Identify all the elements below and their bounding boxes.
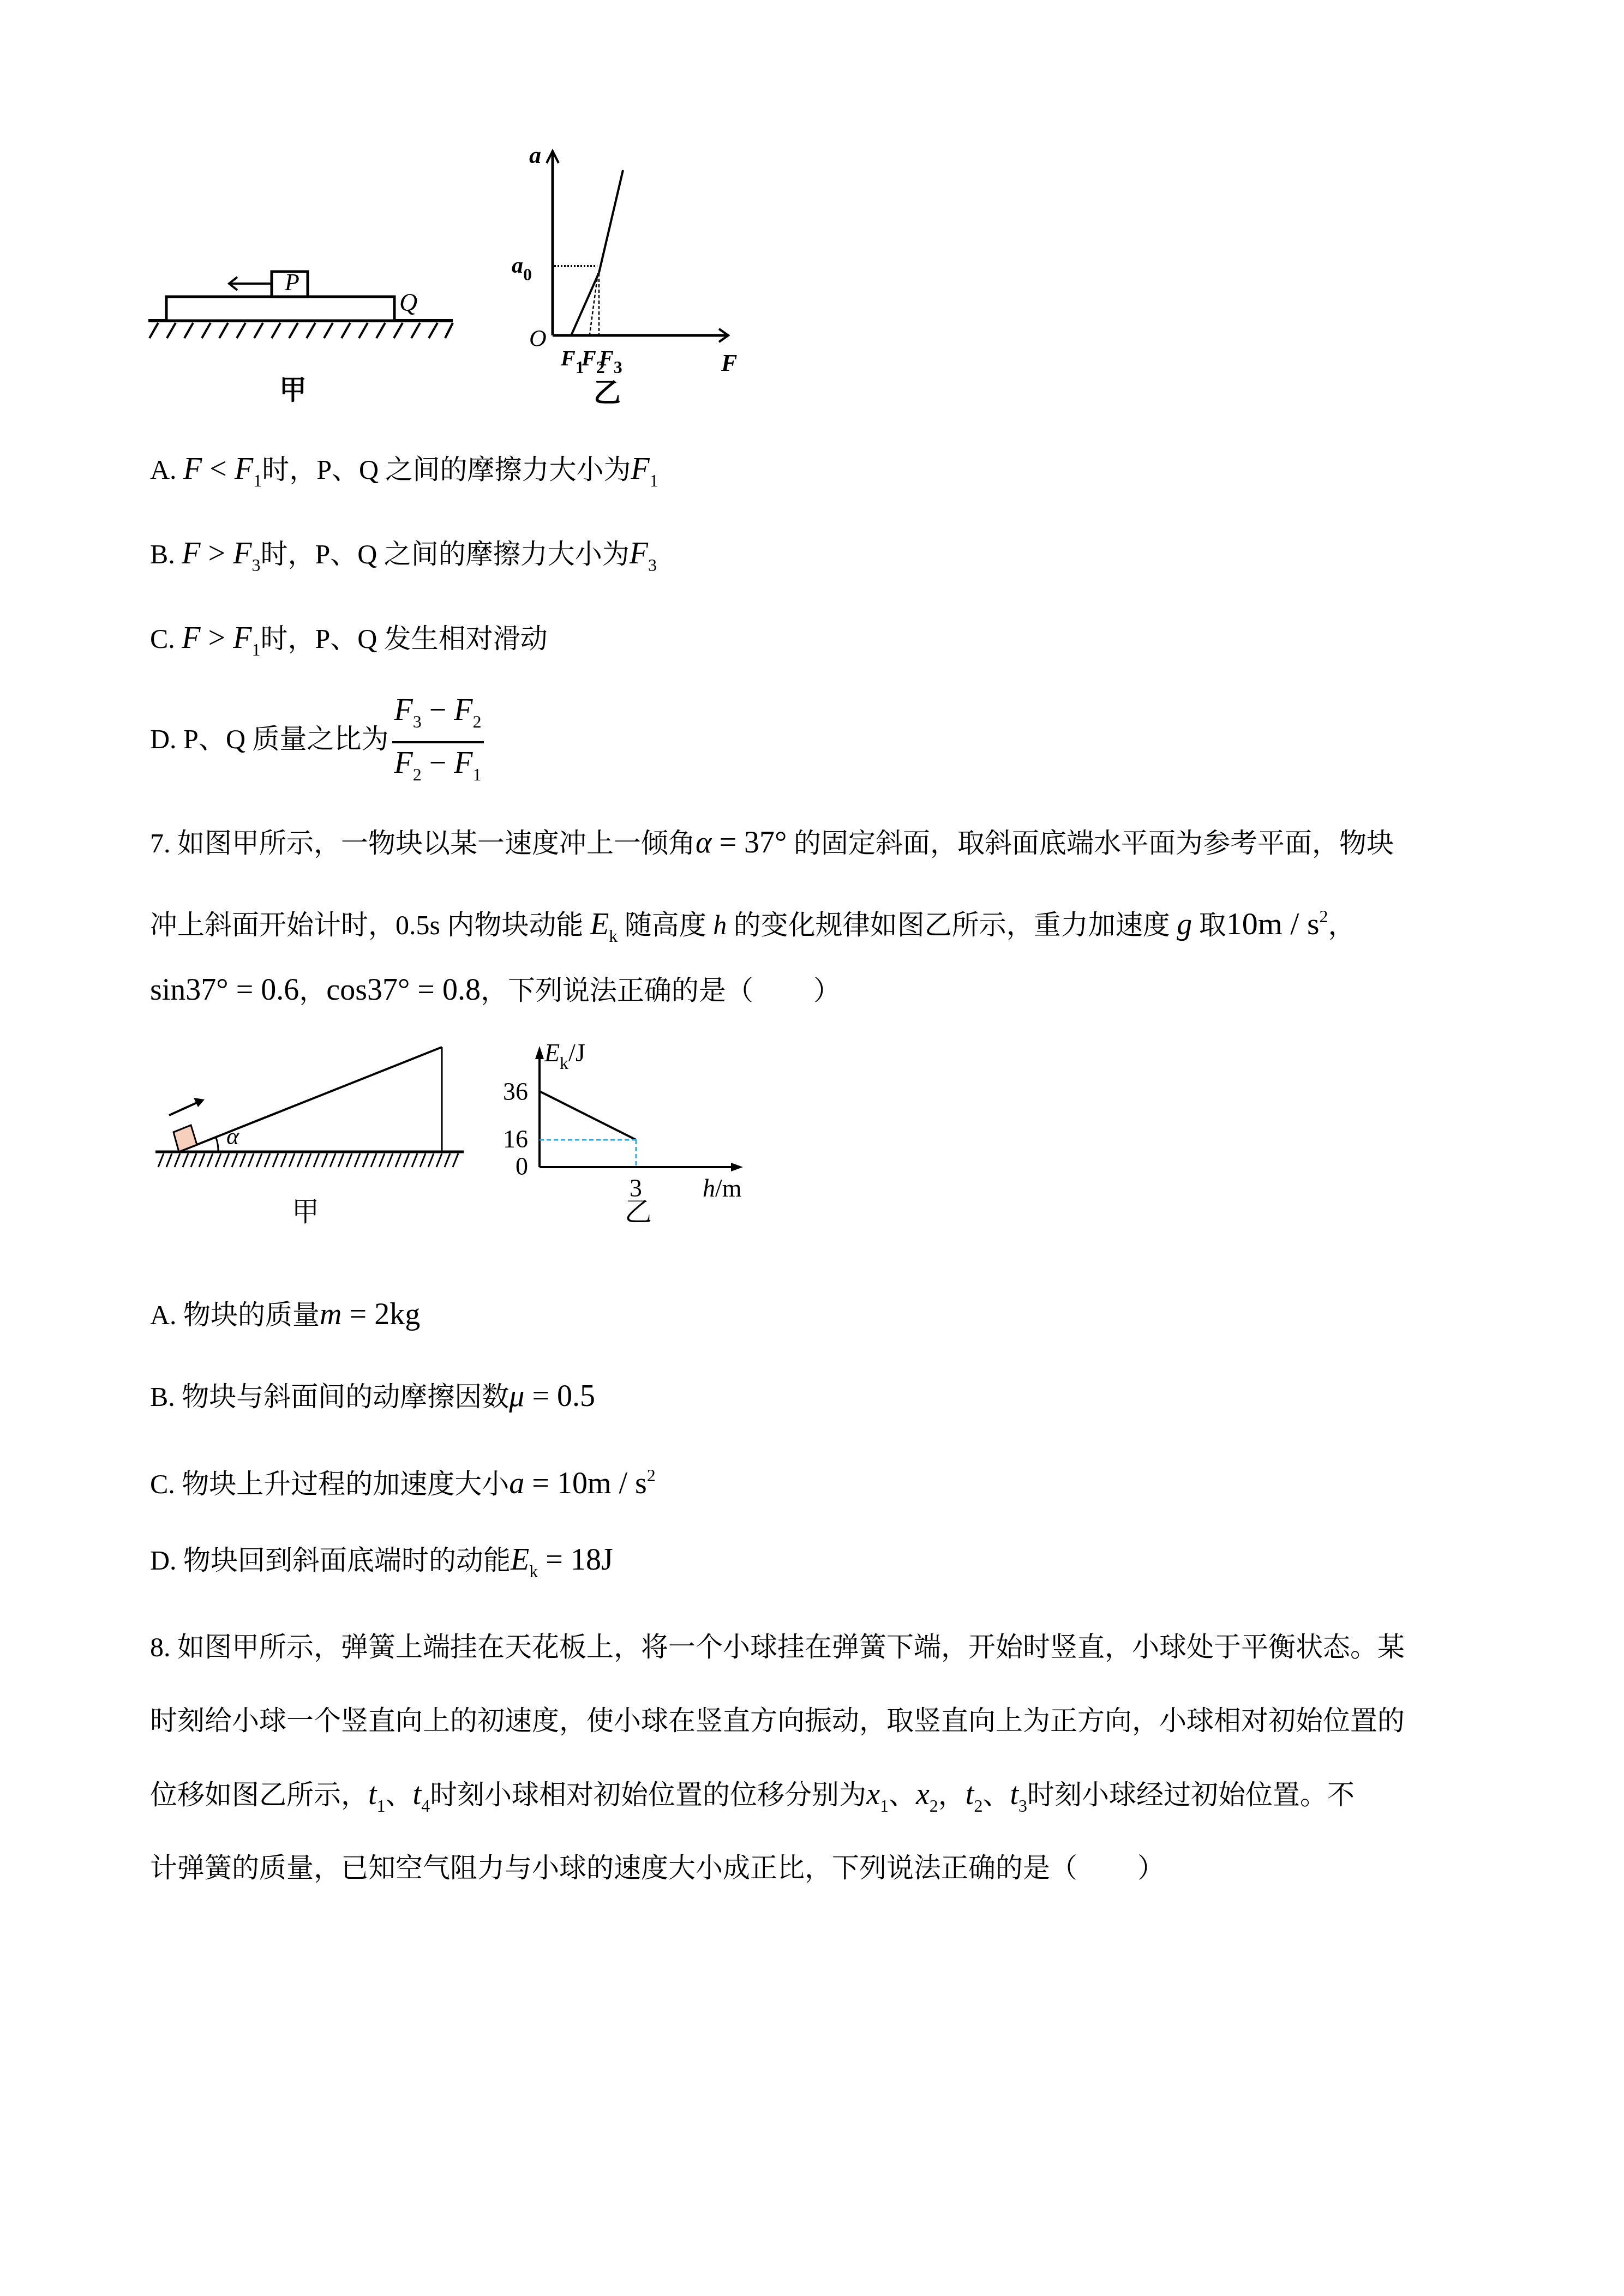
q7-h: h	[713, 910, 727, 940]
q7-option-a-eq: = 2kg	[342, 1297, 421, 1331]
q6-figure-yi-graph: a a0 O F1 F2 F3 F 乙	[507, 139, 791, 395]
y-tick-36: 36	[503, 1077, 528, 1106]
q7-option-d-eq: = 18J	[538, 1543, 613, 1577]
q7-option-a-var: m	[320, 1297, 341, 1331]
num-f3-sub: 3	[413, 712, 422, 731]
q8-comma: ，	[938, 1780, 966, 1810]
q7-sin: sin37° = 0.6	[150, 973, 299, 1007]
block-label-p: P	[285, 268, 299, 296]
q7-alpha: α	[696, 826, 711, 860]
y-axis-label-a: a	[529, 141, 541, 169]
tick-f3-main: F	[599, 346, 614, 370]
q8-t1-sub: 1	[377, 1796, 386, 1816]
q7-stem-line-2: 冲上斜面开始计时，0.5s 内物块动能 Ek 随高度 h 的变化规律如图乙所示，…	[150, 900, 1356, 952]
q8-x2-sub: 2	[930, 1796, 938, 1816]
q7-stem-line-1: 7. 如图甲所示，一物块以某一速度冲上一倾角α = 37° 的固定斜面，取斜面底…	[150, 826, 1394, 860]
q7-g-value: 10m / s	[1226, 906, 1320, 941]
option-c-op: >	[201, 621, 233, 655]
option-a-text: 时，P、Q 之间的摩擦力大小为	[262, 454, 631, 485]
q7-option-a: A. 物块的质量m = 2kg	[150, 1298, 420, 1331]
q7-stem-line-3: sin37° = 0.6，cos37° = 0.8，下列说法正确的是（）	[150, 973, 841, 1007]
option-a-op: <	[202, 452, 235, 486]
figure-caption-yi: 乙	[594, 371, 621, 410]
q7-g: g	[1177, 907, 1192, 941]
den-f2: F	[394, 746, 413, 780]
q7-option-d: D. 物块回到斜面底端时的动能Ek = 18J	[150, 1543, 613, 1588]
q8-t4: t	[413, 1777, 422, 1811]
q8-text-3b: 时刻小球相对初始位置的位移分别为	[430, 1780, 866, 1810]
q6-figure-jia: P Q 甲	[142, 240, 469, 420]
h-var: h	[703, 1174, 715, 1202]
q8-t1: t	[368, 1777, 377, 1811]
den-f2-sub: 2	[413, 765, 422, 784]
q7-option-c-var: a	[509, 1466, 524, 1500]
q7-ek-e: E	[590, 907, 609, 941]
q8-dun-3: 、	[982, 1780, 1010, 1810]
q8-x1: x	[866, 1777, 880, 1811]
option-c-var-f: F	[182, 621, 200, 655]
q7-option-b: B. 物块与斜面间的动摩擦因数μ = 0.5	[150, 1380, 595, 1413]
q8-t3-sub: 3	[1018, 1796, 1027, 1816]
mass-ratio-fraction: F3 − F2F2 − F1	[392, 693, 484, 792]
option-c-sub: 1	[251, 640, 260, 659]
q7-option-d-sub: k	[529, 1561, 538, 1581]
option-c-text: 时，P、Q 发生相对滑动	[260, 623, 547, 654]
y-axis-label-ek: Ek/J	[544, 1038, 585, 1073]
q8-t3: t	[1010, 1777, 1018, 1811]
q8-stem-line-2: 时刻给小球一个竖直向上的初速度，使小球在竖直方向振动，取竖直向上为正方向，小球相…	[150, 1704, 1405, 1737]
option-b-var-f: F	[182, 537, 200, 570]
q7-ek-k: k	[609, 926, 618, 946]
q7-option-b-var: μ	[509, 1379, 524, 1413]
q6-option-c: C. F > F1时，P、Q 发生相对滑动	[150, 622, 548, 666]
option-b-val-sub: 3	[648, 555, 657, 575]
q7-text-1a: 7. 如图甲所示，一物块以某一速度冲上一倾角	[150, 828, 696, 858]
option-b-op: >	[201, 537, 233, 570]
q6-option-b: B. F > F3时，P、Q 之间的摩擦力大小为F3	[150, 537, 657, 581]
option-b-prefix: B.	[150, 539, 175, 569]
num-minus: −	[422, 693, 454, 727]
option-a-val-sub: 1	[650, 471, 658, 490]
option-a-var-f: F	[183, 452, 202, 486]
den-f1-sub: 1	[473, 765, 482, 784]
q7-option-c-eq: = 10m / s	[524, 1466, 647, 1500]
q6-option-a: A. F < F1时，P、Q 之间的摩擦力大小为F1	[150, 453, 658, 497]
num-f2: F	[454, 693, 472, 727]
q7-option-c-text: C. 物块上升过程的加速度大小	[150, 1469, 509, 1499]
q8-text-3c: 时刻小球经过初始位置。不	[1027, 1780, 1355, 1810]
tick-f1: F1	[561, 345, 584, 377]
option-b-sub: 3	[251, 555, 260, 575]
q7-text-2b: 随高度	[618, 910, 713, 940]
q8-stem-line-1: 8. 如图甲所示，弹簧上端挂在天花板上，将一个小球挂在弹簧下端，开始时竖直，小球…	[150, 1631, 1405, 1663]
tick-f2-main: F	[582, 346, 596, 370]
q8-stem-line-4: 计弹簧的质量，已知空气阻力与小球的速度大小成正比，下列说法正确的是（）	[150, 1852, 1165, 1884]
q7-figure-jia-incline: α 甲	[147, 1031, 464, 1238]
option-a-var-f1: F	[235, 452, 253, 486]
q6-option-d: D. P、Q 质量之比为F3 − F2F2 − F1	[150, 693, 484, 792]
board-label-q: Q	[399, 288, 417, 317]
figure-caption-jia: 甲	[279, 368, 307, 407]
q7-question: ，下列说法正确的是（	[481, 975, 753, 1006]
figure-caption-jia-q7: 甲	[292, 1190, 319, 1229]
q7-text-2e: ，	[1328, 910, 1356, 940]
option-c-prefix: C.	[150, 623, 175, 654]
q8-dun-1: 、	[386, 1780, 413, 1810]
y-tick-0: 0	[516, 1152, 528, 1181]
ek-k: k	[560, 1053, 568, 1073]
option-b-val: F	[630, 537, 648, 570]
q7-option-c: C. 物块上升过程的加速度大小a = 10m / s2	[150, 1459, 656, 1500]
a0-label: a0	[512, 253, 532, 285]
x-axis-label-h: h/m	[703, 1174, 742, 1203]
ek-e: E	[544, 1039, 560, 1067]
angle-label-alpha: α	[226, 1122, 239, 1150]
ek-unit: /J	[568, 1039, 585, 1067]
q7-text-2a: 冲上斜面开始计时，0.5s 内物块动能	[150, 910, 590, 940]
q8-stem-line-3: 位移如图乙所示，t1、t4时刻小球相对初始位置的位移分别为x1、x2，t2、t3…	[150, 1778, 1355, 1822]
num-f3: F	[394, 693, 413, 727]
origin-label: O	[529, 324, 547, 352]
q7-option-b-text: B. 物块与斜面间的动摩擦因数	[150, 1381, 509, 1412]
den-minus: −	[422, 746, 454, 780]
y-tick-16: 16	[503, 1125, 528, 1153]
q8-dun-2: 、	[889, 1780, 916, 1810]
q7-angle-eq: = 37°	[711, 826, 787, 860]
q7-close-paren: ）	[813, 975, 841, 1006]
option-b-var-f3: F	[233, 537, 251, 570]
a0-sub: 0	[523, 265, 532, 284]
a-f-graph	[507, 139, 791, 395]
q7-option-a-text: A. 物块的质量	[150, 1300, 320, 1330]
fraction-numerator: F3 − F2	[392, 693, 484, 743]
q8-x2: x	[916, 1777, 930, 1811]
incline-diagram	[147, 1031, 464, 1183]
option-c-var-f1: F	[233, 621, 251, 655]
fraction-denominator: F2 − F1	[392, 743, 484, 792]
q7-g-sup: 2	[1320, 906, 1328, 926]
option-a-sub: 1	[253, 471, 262, 490]
q7-text-2c: 的变化规律如图乙所示，重力加速度	[727, 910, 1177, 940]
q7-text-2d: 取	[1192, 910, 1226, 940]
q7-sep: ，	[299, 975, 326, 1006]
h-unit: /m	[715, 1174, 742, 1202]
tick-f1-main: F	[561, 346, 576, 370]
a0-main: a	[512, 253, 523, 278]
q8-x1-sub: 1	[880, 1796, 889, 1816]
q7-option-b-eq: = 0.5	[524, 1379, 595, 1413]
q8-t4-sub: 4	[421, 1796, 430, 1816]
option-a-prefix: A.	[150, 454, 177, 485]
q7-figure-yi-ek-h-graph: Ek/J 36 16 0 3 h/m 乙	[491, 1031, 796, 1238]
q8-text-3a: 位移如图乙所示，	[150, 1780, 368, 1810]
q7-cos: cos37° = 0.8	[326, 973, 481, 1007]
q7-text-1b: 的固定斜面，取斜面底端水平面为参考平面，物块	[787, 828, 1394, 858]
x-axis-label-f: F	[721, 349, 737, 377]
den-f1: F	[454, 746, 472, 780]
option-d-prefix: D. P、Q 质量之比为	[150, 724, 389, 754]
q8-t2-sub: 2	[974, 1796, 982, 1816]
q8-close-paren: ）	[1137, 1853, 1165, 1883]
num-f2-sub: 2	[473, 712, 482, 731]
option-b-text: 时，P、Q 之间的摩擦力大小为	[260, 539, 629, 569]
figure-caption-yi-q7: 乙	[625, 1190, 652, 1229]
q8-text-4: 计弹簧的质量，已知空气阻力与小球的速度大小成正比，下列说法正确的是（	[150, 1853, 1077, 1883]
q7-option-d-var: E	[511, 1543, 529, 1577]
q7-option-c-sup: 2	[647, 1465, 656, 1485]
q8-t2: t	[966, 1777, 974, 1811]
option-a-val: F	[631, 452, 650, 486]
ek-h-graph	[491, 1031, 796, 1194]
q7-option-d-text: D. 物块回到斜面底端时的动能	[150, 1545, 511, 1576]
